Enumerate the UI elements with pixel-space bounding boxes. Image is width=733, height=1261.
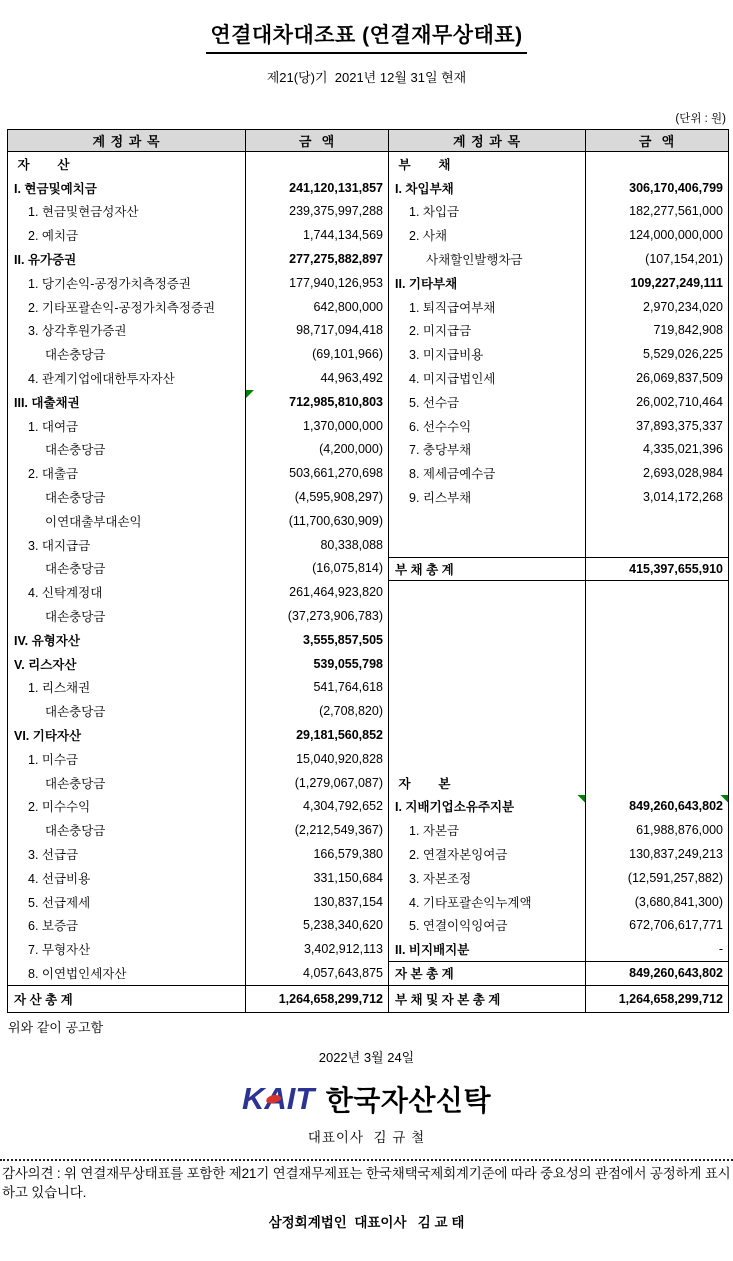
- amount-text: 3,014,172,268: [643, 490, 723, 504]
- amount-text: 26,002,710,464: [636, 395, 723, 409]
- table-row: 대손충당금(37,273,906,783): [8, 604, 728, 628]
- amount-text: (107,154,201): [645, 252, 723, 266]
- cell-flag-icon: [246, 390, 254, 398]
- account-cell: 부 채 및 자 본 총 계: [388, 985, 585, 1012]
- amount-cell: (12,591,257,882): [585, 866, 728, 890]
- amount-cell: (2,212,549,367): [245, 818, 388, 842]
- account-cell: [388, 533, 585, 557]
- amount-cell: 415,397,655,910: [585, 557, 728, 581]
- account-cell: 7. 무형자산: [8, 937, 245, 961]
- account-label: 2. 대출금: [28, 464, 78, 482]
- amount-cell: (2,708,820): [245, 699, 388, 723]
- account-cell: 1. 리스채권: [8, 676, 245, 700]
- company-name: 한국자산신탁: [326, 1079, 491, 1119]
- account-label: 대손충당금: [45, 559, 105, 577]
- amount-cell: [585, 604, 728, 628]
- amount-text: 539,055,798: [313, 657, 383, 671]
- title-wrap: 연결대차대조표 (연결재무상태표): [0, 19, 733, 54]
- amount-text: 672,706,617,771: [629, 918, 723, 932]
- account-cell: 1. 차입금: [388, 200, 585, 224]
- account-cell: [388, 747, 585, 771]
- table-row: 8. 이연법인세자산4,057,643,875자 본 총 계849,260,64…: [8, 961, 728, 985]
- amount-cell: (4,595,908,297): [245, 485, 388, 509]
- account-label: VI. 기타자산: [14, 726, 81, 744]
- account-cell: [388, 723, 585, 747]
- account-cell: I. 현금및예치금: [8, 176, 245, 200]
- amount-cell: 1,370,000,000: [245, 414, 388, 438]
- table-row: 3. 상각후원가증권98,717,094,4182. 미지급금719,842,9…: [8, 319, 728, 343]
- amount-text: 177,940,126,953: [289, 276, 383, 290]
- table-row: VI. 기타자산29,181,560,852: [8, 723, 728, 747]
- cell-flag-icon: [577, 795, 585, 803]
- table-row: III. 대출채권712,985,810,8035. 선수금26,002,710…: [8, 390, 728, 414]
- amount-text: (4,595,908,297): [295, 490, 383, 504]
- auditor-line: 삼정회계법인 대표이사 김 교 태: [0, 1211, 733, 1231]
- amount-cell: (16,075,814): [245, 557, 388, 581]
- account-label: 대손충당금: [45, 774, 105, 792]
- amount-cell: [585, 699, 728, 723]
- account-cell: [388, 580, 585, 604]
- amount-text: 4,335,021,396: [643, 442, 723, 456]
- header-account-right: 계 정 과 목: [388, 130, 585, 151]
- amount-text: 1,264,658,299,712: [619, 992, 723, 1006]
- table-row: 대손충당금(1,279,067,087) 자 본: [8, 771, 728, 795]
- amount-cell: 239,375,997,288: [245, 200, 388, 224]
- account-label: 4. 관계기업에대한투자자산: [28, 369, 175, 387]
- amount-cell: [585, 723, 728, 747]
- account-label: 5. 선수금: [409, 393, 459, 411]
- account-cell: 대손충당금: [8, 699, 245, 723]
- account-cell: 4. 관계기업에대한투자자산: [8, 366, 245, 390]
- amount-text: 277,275,882,897: [289, 252, 383, 266]
- amount-cell: [585, 676, 728, 700]
- audit-opinion: 감사의견 : 위 연결재무상태표를 포함한 제21기 연결재무제표는 한국채택국…: [2, 1164, 731, 1203]
- amount-text: 712,985,810,803: [289, 395, 383, 409]
- amount-text: 2,970,234,020: [643, 300, 723, 314]
- account-cell: 이연대출부대손익: [8, 509, 245, 533]
- account-cell: 1. 대여금: [8, 414, 245, 438]
- table-row: 1. 당기손익-공정가치측정증권177,940,126,953II. 기타부채1…: [8, 271, 728, 295]
- amount-text: 5,238,340,620: [303, 918, 383, 932]
- table-row: 이연대출부대손익(11,700,630,909): [8, 509, 728, 533]
- account-label: 8. 제세금예수금: [409, 464, 495, 482]
- table-row: 7. 무형자산3,402,912,113II. 비지배지분-: [8, 937, 728, 961]
- table-row: 2. 미수수익4,304,792,652I. 지배기업소유주지분849,260,…: [8, 795, 728, 819]
- account-label: 4. 선급비용: [28, 869, 90, 887]
- account-cell: 2. 미수수익: [8, 795, 245, 819]
- account-cell: 대손충당금: [8, 818, 245, 842]
- amount-cell: 719,842,908: [585, 319, 728, 343]
- account-cell: 8. 이연법인세자산: [8, 961, 245, 985]
- account-label: 4. 신탁계정대: [28, 583, 102, 601]
- amount-cell: 1,264,658,299,712: [245, 985, 388, 1012]
- amount-cell: 3,402,912,113: [245, 937, 388, 961]
- account-cell: [388, 652, 585, 676]
- amount-text: 239,375,997,288: [289, 204, 383, 218]
- account-label: 2. 사채: [409, 226, 447, 244]
- account-label: 1. 퇴직급여부채: [409, 298, 495, 316]
- account-label: 대손충당금: [45, 607, 105, 625]
- table-row: I. 현금및예치금241,120,131,857I. 차입부채306,170,4…: [8, 176, 728, 200]
- amount-text: 166,579,380: [313, 847, 383, 861]
- account-label: 대손충당금: [45, 821, 105, 839]
- account-cell: 사채할인발행차금: [388, 247, 585, 271]
- amount-text: 61,988,876,000: [636, 823, 723, 837]
- amount-text: 331,150,684: [313, 871, 383, 885]
- amount-cell: 3,555,857,505: [245, 628, 388, 652]
- unit-note: (단위 : 원): [0, 110, 726, 126]
- amount-text: 2,693,028,984: [643, 466, 723, 480]
- report-date: 2022년 3월 24일: [0, 1047, 733, 1066]
- account-label: 5. 연결이익잉여금: [409, 916, 507, 934]
- header-account-left: 계 정 과 목: [8, 130, 245, 151]
- table-row: 자 산 부 채: [8, 152, 728, 176]
- amount-cell: 44,963,492: [245, 366, 388, 390]
- amount-text: (3,680,841,300): [635, 895, 723, 909]
- account-cell: 1. 현금및현금성자산: [8, 200, 245, 224]
- account-cell: 자 본: [388, 771, 585, 795]
- amount-cell: (107,154,201): [585, 247, 728, 271]
- page-title: 연결대차대조표 (연결재무상태표): [206, 19, 526, 54]
- account-cell: 자 산: [8, 152, 245, 176]
- account-cell: 2. 예치금: [8, 223, 245, 247]
- account-label: 1. 미수금: [28, 750, 78, 768]
- account-label: 3. 대지급금: [28, 536, 90, 554]
- amount-text: 80,338,088: [320, 538, 383, 552]
- amount-cell: 1,264,658,299,712: [585, 985, 728, 1012]
- kait-logo-text: KAIT: [242, 1081, 314, 1117]
- table-row: V. 리스자산539,055,798: [8, 652, 728, 676]
- account-cell: 4. 미지급법인세: [388, 366, 585, 390]
- amount-cell: (37,273,906,783): [245, 604, 388, 628]
- amount-cell: [585, 509, 728, 533]
- amount-cell: 26,002,710,464: [585, 390, 728, 414]
- account-cell: 3. 상각후원가증권: [8, 319, 245, 343]
- amount-cell: 130,837,154: [245, 890, 388, 914]
- account-label: I. 현금및예치금: [14, 179, 97, 197]
- amount-text: (4,200,000): [319, 442, 383, 456]
- amount-cell: 29,181,560,852: [245, 723, 388, 747]
- amount-text: (2,708,820): [319, 704, 383, 718]
- table-row: 1. 현금및현금성자산239,375,997,2881. 차입금182,277,…: [8, 200, 728, 224]
- account-cell: 1. 퇴직급여부채: [388, 295, 585, 319]
- account-cell: 대손충당금: [8, 771, 245, 795]
- amount-text: 3,555,857,505: [303, 633, 383, 647]
- account-label: IV. 유형자산: [14, 631, 80, 649]
- table-row: 1. 대여금1,370,000,0006. 선수수익37,893,375,337: [8, 414, 728, 438]
- amount-cell: 672,706,617,771: [585, 914, 728, 938]
- account-cell: 3. 선급금: [8, 842, 245, 866]
- account-label: 2. 연결자본잉여금: [409, 845, 507, 863]
- account-cell: 4. 신탁계정대: [8, 580, 245, 604]
- account-cell: 2. 연결자본잉여금: [388, 842, 585, 866]
- amount-text: 109,227,249,111: [631, 276, 723, 290]
- amount-text: 182,277,561,000: [629, 204, 723, 218]
- account-cell: [388, 676, 585, 700]
- amount-text: 15,040,920,828: [296, 752, 383, 766]
- account-label: 9. 리스부채: [409, 488, 471, 506]
- amount-cell: 849,260,643,802: [585, 961, 728, 985]
- account-label: 1. 현금및현금성자산: [28, 202, 139, 220]
- amount-cell: 331,150,684: [245, 866, 388, 890]
- amount-text: 26,069,837,509: [636, 371, 723, 385]
- account-cell: II. 유가증권: [8, 247, 245, 271]
- amount-cell: 26,069,837,509: [585, 366, 728, 390]
- table-row: 5. 선급제세130,837,1544. 기타포괄손익누계액(3,680,841…: [8, 890, 728, 914]
- account-label: 부 채: [395, 155, 450, 173]
- account-cell: 대손충당금: [8, 438, 245, 462]
- account-cell: 7. 충당부채: [388, 438, 585, 462]
- amount-cell: [585, 152, 728, 176]
- amount-cell: (3,680,841,300): [585, 890, 728, 914]
- notice-text: 위와 같이 공고함: [8, 1017, 733, 1036]
- account-cell: 2. 기타포괄손익-공정가치측정증권: [8, 295, 245, 319]
- amount-text: 124,000,000,000: [629, 228, 723, 242]
- account-label: 대손충당금: [45, 488, 105, 506]
- account-label: 4. 기타포괄손익누계액: [409, 893, 532, 911]
- account-cell: [388, 604, 585, 628]
- amount-text: 29,181,560,852: [296, 728, 383, 742]
- amount-text: (11,700,630,909): [289, 514, 383, 528]
- amount-text: 719,842,908: [653, 323, 723, 337]
- table-row: 대손충당금(2,708,820): [8, 699, 728, 723]
- table-row: 대손충당금(2,212,549,367)1. 자본금61,988,876,000: [8, 818, 728, 842]
- amount-text: 130,837,154: [313, 895, 383, 909]
- account-cell: 6. 보증금: [8, 914, 245, 938]
- amount-cell: 130,837,249,213: [585, 842, 728, 866]
- amount-cell: 541,764,618: [245, 676, 388, 700]
- dotted-separator: [0, 1159, 733, 1161]
- amount-cell: 712,985,810,803: [245, 390, 388, 414]
- account-label: 1. 자본금: [409, 821, 459, 839]
- amount-text: (1,279,067,087): [295, 776, 383, 790]
- table-row: 대손충당금(16,075,814)부 채 총 계415,397,655,910: [8, 557, 728, 581]
- account-label: 부 채 총 계: [395, 560, 454, 578]
- amount-cell: 4,304,792,652: [245, 795, 388, 819]
- amount-text: 1,264,658,299,712: [279, 992, 383, 1006]
- amount-cell: 5,529,026,225: [585, 342, 728, 366]
- account-label: 자 본 총 계: [395, 964, 454, 982]
- table-row: 4. 신탁계정대261,464,923,820: [8, 580, 728, 604]
- amount-cell: [585, 533, 728, 557]
- amount-text: (2,212,549,367): [295, 823, 383, 837]
- account-label: 1. 리스채권: [28, 678, 90, 696]
- company-logo: KAIT 한국자산신탁: [0, 1079, 733, 1115]
- amount-text: 415,397,655,910: [629, 562, 723, 576]
- amount-cell: 61,988,876,000: [585, 818, 728, 842]
- table-row: 3. 대지급금80,338,088: [8, 533, 728, 557]
- account-cell: 1. 미수금: [8, 747, 245, 771]
- account-cell: 9. 리스부채: [388, 485, 585, 509]
- account-cell: [388, 699, 585, 723]
- table-row: 6. 보증금5,238,340,6205. 연결이익잉여금672,706,617…: [8, 914, 728, 938]
- amount-cell: [585, 747, 728, 771]
- account-label: 사채할인발행차금: [426, 250, 523, 268]
- amount-cell: [585, 628, 728, 652]
- account-cell: 5. 연결이익잉여금: [388, 914, 585, 938]
- account-label: II. 비지배지분: [395, 940, 469, 958]
- amount-cell: [585, 580, 728, 604]
- amount-cell: 4,335,021,396: [585, 438, 728, 462]
- account-label: 자 산 총 계: [14, 990, 73, 1008]
- amount-cell: 277,275,882,897: [245, 247, 388, 271]
- account-cell: IV. 유형자산: [8, 628, 245, 652]
- account-cell: I. 지배기업소유주지분: [388, 795, 585, 819]
- account-label: 1. 당기손익-공정가치측정증권: [28, 274, 191, 292]
- account-cell: II. 비지배지분: [388, 937, 585, 961]
- amount-text: 241,120,131,857: [289, 181, 383, 195]
- amount-text: 4,304,792,652: [303, 799, 383, 813]
- amount-text: 1,370,000,000: [303, 419, 383, 433]
- account-cell: 부 채 총 계: [388, 557, 585, 581]
- amount-cell: (11,700,630,909): [245, 509, 388, 533]
- account-cell: 2. 사채: [388, 223, 585, 247]
- account-label: 6. 보증금: [28, 916, 78, 934]
- account-cell: I. 차입부채: [388, 176, 585, 200]
- header-amount-right: 금 액: [585, 130, 728, 151]
- amount-cell: 2,693,028,984: [585, 461, 728, 485]
- amount-text: (37,273,906,783): [288, 609, 383, 623]
- account-label: 2. 기타포괄손익-공정가치측정증권: [28, 298, 215, 316]
- account-label: 3. 선급금: [28, 845, 78, 863]
- account-cell: 자 산 총 계: [8, 985, 245, 1012]
- account-cell: 5. 선급제세: [8, 890, 245, 914]
- amount-text: 98,717,094,418: [296, 323, 383, 337]
- account-label: 6. 선수수익: [409, 417, 471, 435]
- account-cell: 8. 제세금예수금: [388, 461, 585, 485]
- account-label: 2. 예치금: [28, 226, 78, 244]
- amount-text: 642,800,000: [313, 300, 383, 314]
- table-row: 3. 선급금166,579,3802. 연결자본잉여금130,837,249,2…: [8, 842, 728, 866]
- amount-cell: 261,464,923,820: [245, 580, 388, 604]
- amount-cell: (69,101,966): [245, 342, 388, 366]
- amount-text: (12,591,257,882): [628, 871, 723, 885]
- account-label: I. 지배기업소유주지분: [395, 797, 514, 815]
- account-label: II. 기타부채: [395, 274, 457, 292]
- amount-cell: 124,000,000,000: [585, 223, 728, 247]
- amount-cell: [585, 652, 728, 676]
- account-label: V. 리스자산: [14, 655, 76, 673]
- amount-text: 3,402,912,113: [304, 942, 383, 956]
- amount-cell: 80,338,088: [245, 533, 388, 557]
- account-label: 2. 미수수익: [28, 797, 90, 815]
- table-row: 1. 리스채권541,764,618: [8, 676, 728, 700]
- ceo-line: 대표이사 김 규 철: [0, 1126, 733, 1146]
- account-label: 3. 상각후원가증권: [28, 321, 126, 339]
- amount-cell: 177,940,126,953: [245, 271, 388, 295]
- account-label: 7. 무형자산: [28, 940, 90, 958]
- account-label: 4. 미지급법인세: [409, 369, 495, 387]
- amount-cell: 98,717,094,418: [245, 319, 388, 343]
- account-cell: 3. 대지급금: [8, 533, 245, 557]
- amount-cell: 539,055,798: [245, 652, 388, 676]
- amount-text: 5,529,026,225: [643, 347, 723, 361]
- account-cell: 3. 미지급비용: [388, 342, 585, 366]
- amount-cell: 241,120,131,857: [245, 176, 388, 200]
- table-row: 1. 미수금15,040,920,828: [8, 747, 728, 771]
- amount-cell: 306,170,406,799: [585, 176, 728, 200]
- balance-sheet-table: 계 정 과 목 금 액 계 정 과 목 금 액 자 산 부 채I. 현금및예치금…: [7, 129, 729, 1013]
- amount-text: (69,101,966): [312, 347, 383, 361]
- amount-cell: [245, 152, 388, 176]
- amount-cell: 849,260,643,802: [585, 795, 728, 819]
- amount-text: 306,170,406,799: [629, 181, 723, 195]
- account-cell: 대손충당금: [8, 485, 245, 509]
- account-label: 5. 선급제세: [28, 893, 90, 911]
- amount-cell: 3,014,172,268: [585, 485, 728, 509]
- table-header-row: 계 정 과 목 금 액 계 정 과 목 금 액: [8, 130, 728, 152]
- account-cell: 부 채: [388, 152, 585, 176]
- amount-text: 503,661,270,698: [289, 466, 383, 480]
- account-cell: 4. 선급비용: [8, 866, 245, 890]
- account-label: 3. 미지급비용: [409, 345, 483, 363]
- table-row: 대손충당금(4,200,000)7. 충당부채4,335,021,396: [8, 438, 728, 462]
- account-label: 2. 미지급금: [409, 321, 471, 339]
- account-cell: [388, 509, 585, 533]
- amount-text: 849,260,643,802: [629, 799, 723, 813]
- account-label: III. 대출채권: [14, 393, 80, 411]
- account-cell: 5. 선수금: [388, 390, 585, 414]
- account-label: 8. 이연법인세자산: [28, 964, 126, 982]
- table-row: 2. 기타포괄손익-공정가치측정증권642,800,0001. 퇴직급여부채2,…: [8, 295, 728, 319]
- table-row: 2. 대출금503,661,270,6988. 제세금예수금2,693,028,…: [8, 461, 728, 485]
- amount-cell: 1,744,134,569: [245, 223, 388, 247]
- amount-cell: (4,200,000): [245, 438, 388, 462]
- account-cell: 1. 자본금: [388, 818, 585, 842]
- account-cell: III. 대출채권: [8, 390, 245, 414]
- account-label: 3. 자본조정: [409, 869, 471, 887]
- account-label: 대손충당금: [45, 345, 105, 363]
- account-cell: 2. 대출금: [8, 461, 245, 485]
- account-label: 1. 차입금: [409, 202, 459, 220]
- amount-cell: 15,040,920,828: [245, 747, 388, 771]
- table-row: 자 산 총 계1,264,658,299,712부 채 및 자 본 총 계1,2…: [8, 985, 728, 1012]
- account-cell: 4. 기타포괄손익누계액: [388, 890, 585, 914]
- amount-cell: 5,238,340,620: [245, 914, 388, 938]
- account-cell: 1. 당기손익-공정가치측정증권: [8, 271, 245, 295]
- table-row: IV. 유형자산3,555,857,505: [8, 628, 728, 652]
- account-cell: 대손충당금: [8, 342, 245, 366]
- amount-cell: 503,661,270,698: [245, 461, 388, 485]
- account-cell: 6. 선수수익: [388, 414, 585, 438]
- account-cell: 자 본 총 계: [388, 961, 585, 985]
- account-label: 자 본: [395, 774, 450, 792]
- account-label: I. 차입부채: [395, 179, 454, 197]
- account-label: II. 유가증권: [14, 250, 76, 268]
- amount-text: 261,464,923,820: [289, 585, 383, 599]
- account-cell: 3. 자본조정: [388, 866, 585, 890]
- account-cell: [388, 628, 585, 652]
- amount-cell: 182,277,561,000: [585, 200, 728, 224]
- amount-text: 4,057,643,875: [303, 966, 383, 980]
- account-cell: VI. 기타자산: [8, 723, 245, 747]
- amount-cell: 37,893,375,337: [585, 414, 728, 438]
- table-row: II. 유가증권277,275,882,897사채할인발행차금(107,154,…: [8, 247, 728, 271]
- table-row: 2. 예치금1,744,134,5692. 사채124,000,000,000: [8, 223, 728, 247]
- table-row: 대손충당금(4,595,908,297)9. 리스부채3,014,172,268: [8, 485, 728, 509]
- amount-text: 1,744,134,569: [303, 228, 383, 242]
- amount-cell: 642,800,000: [245, 295, 388, 319]
- balance-table-body: 자 산 부 채I. 현금및예치금241,120,131,857I. 차입부채30…: [8, 152, 728, 1012]
- table-row: 4. 관계기업에대한투자자산44,963,4924. 미지급법인세26,069,…: [8, 366, 728, 390]
- amount-cell: [585, 771, 728, 795]
- account-label: 7. 충당부채: [409, 440, 471, 458]
- amount-text: 849,260,643,802: [629, 966, 723, 980]
- amount-text: -: [719, 942, 723, 956]
- amount-cell: 4,057,643,875: [245, 961, 388, 985]
- amount-cell: -: [585, 937, 728, 961]
- account-label: 부 채 및 자 본 총 계: [395, 990, 500, 1008]
